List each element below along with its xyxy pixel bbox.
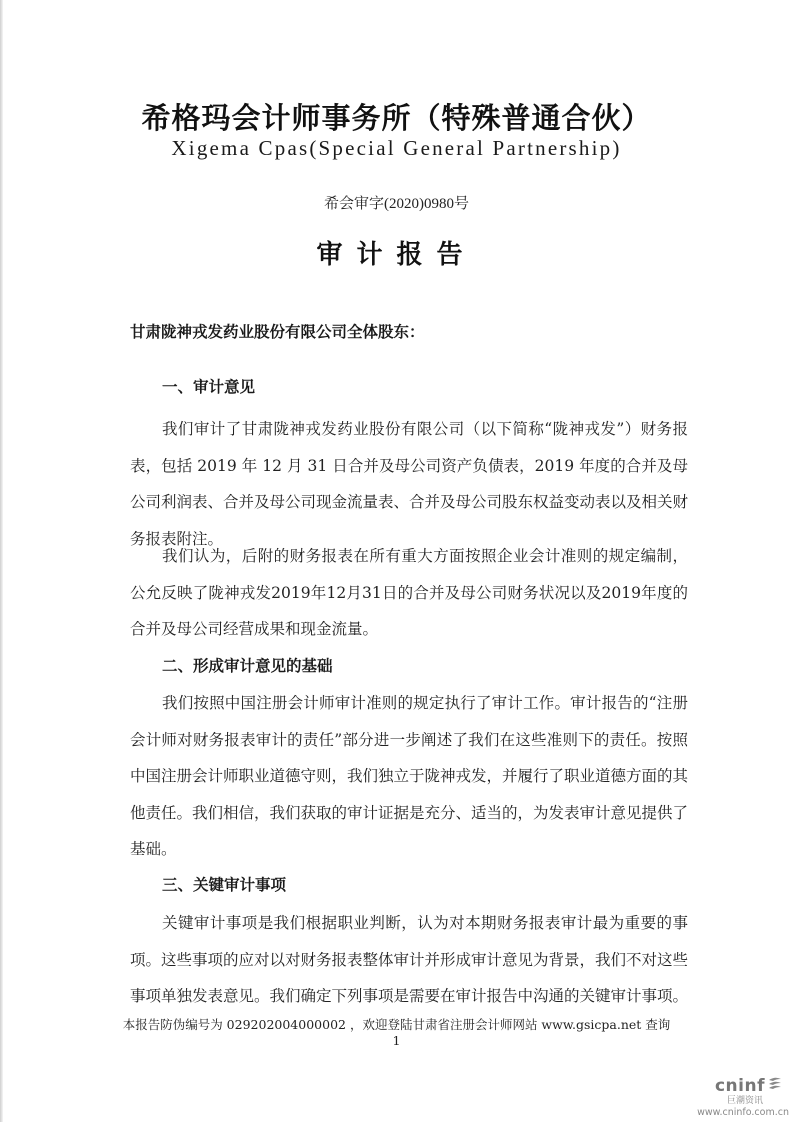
paragraph-basis: 我们按照中国注册会计师审计准则的规定执行了审计工作。审计报告的“注册会计师对财务…: [130, 685, 688, 868]
section-heading-basis-for-opinion: 二、形成审计意见的基础: [162, 654, 333, 676]
firm-name-en: Xigema Cpas(Special General Partnership): [0, 136, 793, 161]
anti-counterfeit-note: 本报告防伪编号为 029202004000002 ，欢迎登陆甘肃省注册会计师网站…: [0, 1015, 793, 1033]
paragraph-audit-scope: 我们审计了甘肃陇神戎发药业股份有限公司（以下简称“陇神戎发”）财务报表，包括 2…: [130, 411, 688, 557]
section-heading-key-audit-matters: 三、关键审计事项: [162, 873, 286, 895]
watermark-subtitle: 巨潮资讯: [679, 1096, 789, 1107]
paragraph-opinion: 我们认为，后附的财务报表在所有重大方面按照企业会计准则的规定编制，公允反映了陇神…: [130, 538, 688, 648]
watermark-logo: cninf: [679, 1075, 789, 1096]
page-number: 1: [0, 1033, 793, 1048]
cninfo-watermark: cninf 巨潮资讯 www.cninfo.com.cn: [679, 1075, 789, 1119]
document-page: 希格玛会计师事务所（特殊普通合伙） Xigema Cpas(Special Ge…: [0, 0, 793, 1122]
section-heading-audit-opinion: 一、审计意见: [162, 375, 255, 397]
watermark-url: www.cninfo.com.cn: [679, 1107, 789, 1119]
paragraph-key-audit-matters: 关键审计事项是我们根据职业判断，认为对本期财务报表审计最为重要的事项。这些事项的…: [130, 905, 688, 1015]
cninfo-swirl-icon: [765, 1075, 783, 1096]
document-number: 希会审字(2020)0980号: [0, 192, 793, 213]
scan-edge-shadow: [0, 0, 3, 1122]
watermark-logo-text: cninf: [715, 1076, 765, 1096]
salutation: 甘肃陇神戎发药业股份有限公司全体股东：: [130, 320, 425, 342]
firm-name-cn: 希格玛会计师事务所（特殊普通合伙）: [0, 96, 793, 137]
document-title: 审计报告: [0, 234, 793, 271]
